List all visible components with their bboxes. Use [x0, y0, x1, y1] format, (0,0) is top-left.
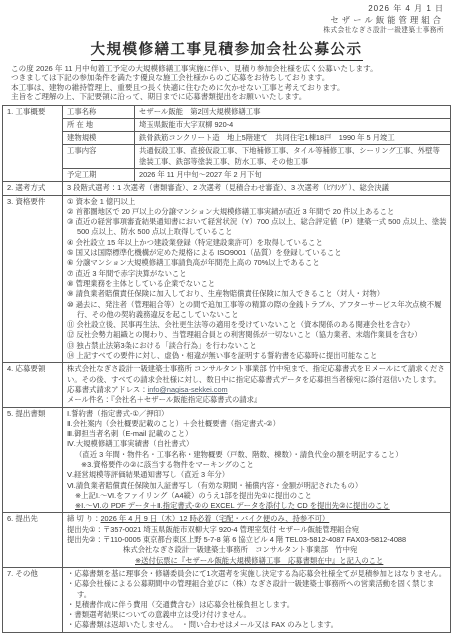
field-value-location: 埼玉県飯能市大字双柳 920-4 — [135, 118, 451, 131]
deadline-line: 締 切 り：2026 年 4 月 9 日（木）12 時必着（宅配・バイク便のみ、… — [67, 514, 447, 524]
document-item: Ⅲ.御担当者名刺（E-mail 記載のこと） — [67, 429, 447, 439]
document-item: Ⅳ.大規模修繕工事実績書（自社書式） — [67, 439, 447, 449]
filing-note: ※上記Ⅰ.～Ⅵ.をファイリング（A4縦）のうえ1部を提出先①に提出のこと — [67, 491, 447, 501]
qualification-item: ② 首都圏地区で 20 戸以上の分譲マンション大規模修繕工事実績が直近 3 年間… — [67, 207, 447, 217]
field-label-work-content: 工事内容 — [63, 145, 135, 169]
section-label-application: 4. 応募要領 — [3, 363, 63, 407]
section-body-documents: Ⅰ.誓約書（指定書式-①／押印） Ⅱ.会社案内（会社概要記載のこと）＋会社概要書… — [63, 407, 451, 513]
qualification-item: ⑤ 国又は国際標準化機構が定めた規格による ISO9001（品質）を登録している… — [67, 248, 447, 258]
destination-2-company: 株式会社なぎさ設計一級建築士事務所 コンサルタント事業部 竹中宛 — [67, 545, 447, 555]
table-row: 7. その他 ・応募書類を基に理事会・修繕委員会にて1次選考を実施し決定する為応… — [3, 567, 451, 632]
field-label-location: 所 在 地 — [63, 118, 135, 131]
notice-table: 1. 工事概要 工事名称 セザール飯能 第2回大規模修繕工事 所 在 地 埼玉県… — [2, 105, 451, 633]
qualification-item: ⑬ 独占禁止法第3条における「談合行為」を行わないこと — [67, 341, 447, 351]
application-request-line: 応募書式請求アドレス：info@nagisa-sekkei.com — [67, 385, 447, 395]
qualification-item: ⑨ 請負業者賠償責任保険に加入しており、生産物賠償責任保険に加入できること（対人… — [67, 289, 447, 299]
table-row: 6. 提出先 締 切 り：2026 年 4 月 9 日（木）12 時必着（宅配・… — [3, 513, 451, 567]
document-item: Ⅱ.会社案内（会社概要記載のこと）＋会社概要書（指定書式-②） — [67, 419, 447, 429]
document-header: 2026 年 4 月 1 日 セザール飯能管理組合 株式会社なぎさ設計一級建築士… — [0, 4, 453, 36]
destination-2: 提出先②：〒110-0005 東京都台東区上野 5-7-8 第 6 協立ビル 4… — [67, 535, 447, 545]
intro-line: この度 2026 年 11 月中旬着工予定の大規模修繕工事実施に伴い、見積り参加… — [11, 64, 453, 73]
intro-line: 本工事は、建物の維持管理上、重要且つ長く快適に住むために欠かせない工事と考えてお… — [11, 83, 453, 92]
document-item: Ⅵ.請負業者賠償責任保険加入証書写し（有効な期間・補償内容・金額が明記されたもの… — [67, 481, 447, 491]
qualification-item: ⑭ 上記すべての要件に対し、虚偽・相違が無い事を証明する誓約書を応募時に提出可能… — [67, 351, 447, 361]
field-label-work-name: 工事名称 — [63, 105, 135, 118]
field-label-schedule: 予定工期 — [63, 168, 135, 181]
section-label-qualifications: 3. 資格要件 — [3, 195, 63, 363]
page-title: 大規模修繕工事見積参加会社公募公示 — [91, 38, 363, 61]
table-row: 3. 資格要件 ① 資本金 1 億円以上 ② 首都圏地区で 20 戸以上の分譲マ… — [3, 195, 451, 363]
qualification-item: ④ 会社設立 15 年以上かつ建設業登録（特定建設業許可）を取得していること — [67, 238, 447, 248]
title-block: 大規模修繕工事見積参加会社公募公示 — [0, 38, 453, 61]
qualification-item: ③ 直近の経営事項審査結果通知書において経営状況（Y）700 点以上、総合評定値… — [67, 217, 447, 238]
other-note: ・見積書作成に伴う費用（交通費含む）は応募会社様負担とします。 — [67, 600, 447, 610]
table-row: 工事内容 共通仮設工事、直接仮設工事、下地補修工事、タイル等補修工事、シーリング… — [3, 145, 451, 169]
qualification-item: ⑦ 直近 3 年間で赤字決算がないこと — [67, 269, 447, 279]
other-note: ・応募会社様による公募期間中の管理組合並びに（株）なぎさ設計一級建築士事務所への… — [67, 579, 447, 600]
section-label-selection: 2. 選考方式 — [3, 182, 63, 195]
qualification-item: ⑩ 過去に、発注者（管理組合等）との間で追加工事等の精算の際の金銭トラブル、アフ… — [67, 300, 447, 321]
field-value-work-content: 共通仮設工事、直接仮設工事、下地補修工事、タイル等補修工事、シーリング工事、外壁… — [135, 145, 451, 169]
document-page: 2026 年 4 月 1 日 セザール飯能管理組合 株式会社なぎさ設計一級建築士… — [0, 0, 453, 640]
section-label-overview: 1. 工事概要 — [3, 105, 63, 182]
section-body-application: 株式会社なぎさ設計一級建築士事務所 コンサルタント事業部 竹中宛まで、指定応募書… — [63, 363, 451, 407]
document-item: Ⅴ.経営規模等評価結果通知書写し（直近 3 年分） — [67, 470, 447, 480]
intro-line: 主旨をご理解の上、下記要領に沿って、期日までに応募書類提出をお願いいたします。 — [11, 92, 453, 101]
section-body-qualifications: ① 資本金 1 億円以上 ② 首都圏地区で 20 戸以上の分譲マンション大規模修… — [63, 195, 451, 363]
field-value-schedule: 2026 年 11 月中旬～2027 年 2 月下旬 — [135, 168, 451, 181]
document-item-note: ※3.資格要件の②に該当する物件をマーキングのこと — [67, 460, 447, 470]
table-row: 1. 工事概要 工事名称 セザール飯能 第2回大規模修繕工事 — [3, 105, 451, 118]
deadline-label: 締 切 り： — [67, 514, 100, 523]
other-note: ・応募書類を基に理事会・修繕委員会にて1次選考を実施し決定する為応募会社様全てが… — [67, 569, 447, 579]
section-body-other: ・応募書類を基に理事会・修繕委員会にて1次選考を実施し決定する為応募会社様全てが… — [63, 567, 451, 632]
other-note: ・書類選考結果についての意義申立は受け付けません。 — [67, 610, 447, 620]
mail-subject-line: メール件名：『会社名＋セザール飯能指定応募書式の請求』 — [67, 395, 447, 405]
table-row: 2. 選考方式 3 段階式選考：1 次選考（書類審査）、2 次選考（見積合わせ審… — [3, 182, 451, 195]
document-item-detail: （直近 3 年間・物件名・工事名称・建物概要（戸数、階数、棟数）・請負代金の額を… — [67, 450, 447, 460]
document-item: Ⅰ.誓約書（指定書式-①／押印） — [67, 409, 447, 419]
shipping-label-note: ※送付伝票に『セザール飯能大規模修繕工事 応募書類在中』と記入のこと — [67, 556, 447, 566]
section-label-other: 7. その他 — [3, 567, 63, 632]
qualification-item: ① 資本金 1 億円以上 — [67, 197, 447, 207]
table-row: 予定工期 2026 年 11 月中旬～2027 年 2 月下旬 — [3, 168, 451, 181]
table-row: 建物規模 鉄骨鉄筋コンクリート造 地上5階建て 共同住宅1棟18戸 1990 年… — [3, 132, 451, 145]
application-instructions: 株式会社なぎさ設計一級建築士事務所 コンサルタント事業部 竹中宛まで、指定応募書… — [67, 364, 447, 385]
issuer-association: セザール飯能管理組合 — [0, 15, 444, 26]
field-value-work-name: セザール飯能 第2回大規模修繕工事 — [135, 105, 451, 118]
qualification-item: ⑧ 管理業務を主体としている企業でないこと — [67, 279, 447, 289]
field-label-building: 建物規模 — [63, 132, 135, 145]
intro-paragraph: この度 2026 年 11 月中旬着工予定の大規模修繕工事実施に伴い、見積り参加… — [0, 64, 453, 102]
cd-submission-note: ※Ⅰ.～Ⅵ.の PDF データ＋Ⅱ.指定書式-②の EXCEL データを添付した… — [67, 501, 447, 511]
qualification-item: ⑫ 反社会勢力組織との関わり、当管理組合員との利害関係が一切ないこと（協力業者、… — [67, 330, 447, 340]
document-date: 2026 年 4 月 1 日 — [0, 4, 444, 14]
request-address-label: 応募書式請求アドレス： — [67, 385, 148, 394]
section-body-selection: 3 段階式選考：1 次選考（書類審査）、2 次選考（見積合わせ審査）、3 次選考… — [63, 182, 451, 195]
issuer-design-office: 株式会社なぎさ設計一級建築士事務所 — [0, 27, 444, 36]
qualification-item: ⑪ 会社設立後、民事再生法、会社更生法等の適用を受けていないこと（資本関係のある… — [67, 320, 447, 330]
table-row: 4. 応募要領 株式会社なぎさ設計一級建築士事務所 コンサルタント事業部 竹中宛… — [3, 363, 451, 407]
section-label-documents: 5. 提出書類 — [3, 407, 63, 513]
table-row: 5. 提出書類 Ⅰ.誓約書（指定書式-①／押印） Ⅱ.会社案内（会社概要記載のこ… — [3, 407, 451, 513]
table-row: 所 在 地 埼玉県飯能市大字双柳 920-4 — [3, 118, 451, 131]
deadline-value: 2026 年 4 月 9 日（木）12 時必着（宅配・バイク便のみ、持参不可） — [100, 514, 329, 523]
qualification-item: ⑥ 分譲マンション大規模修繕工事請負高が年間売上高の 70%以上であること — [67, 258, 447, 268]
section-label-destination: 6. 提出先 — [3, 513, 63, 567]
destination-1: 提出先①：〒357-0021 埼玉県飯能市双柳大字 920-4 管理室気付 セザ… — [67, 525, 447, 535]
request-email-address: info@nagisa-sekkei.com — [148, 385, 228, 394]
section-body-destination: 締 切 り：2026 年 4 月 9 日（木）12 時必着（宅配・バイク便のみ、… — [63, 513, 451, 567]
field-value-building: 鉄骨鉄筋コンクリート造 地上5階建て 共同住宅1棟18戸 1990 年 5 月竣… — [135, 132, 451, 145]
other-note: ・応募書類は返却いたしません。 ・問い合わせはメール又は FAX のみとします。 — [67, 620, 447, 630]
intro-line: つきましては下記の参加条件を満たす優良な施工会社様からのご応募をお待ちしておりま… — [11, 73, 453, 82]
